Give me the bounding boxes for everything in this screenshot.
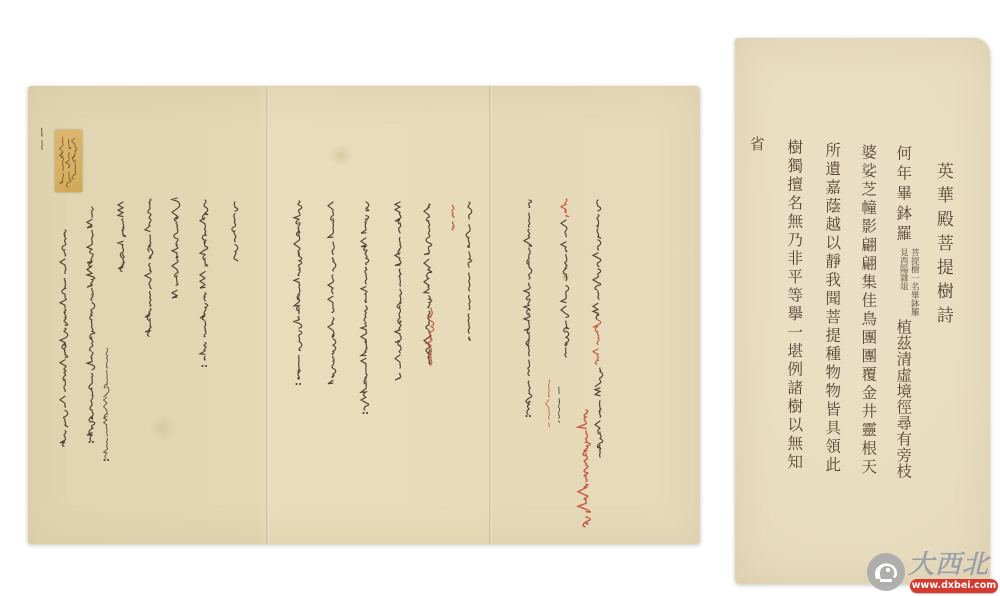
manchu-column: [101, 346, 111, 464]
poem-line-rest: 植茲清虛境徑尋有旁枝: [894, 319, 912, 479]
note-line-2: 見酉陽雜俎: [897, 248, 908, 316]
watermark-site-url: www.dxbei.com: [910, 579, 998, 593]
manchu-column: [519, 198, 537, 420]
note-line-1: 菩提樹一名畢鉢羅: [908, 248, 919, 316]
manchu-column: [356, 200, 374, 417]
manchu-column: [82, 205, 100, 446]
manchu-column: [556, 218, 574, 368]
foxing-stain: [562, 272, 569, 281]
manchu-column-red-correction: [421, 306, 439, 376]
poem-column-4: 樹獨擅名無乃非平等擧一堪例諸樹以無知: [786, 139, 802, 472]
photo-canvas: 英華殿菩提樹詩 何年畢鉢羅菩提樹一名畢鉢羅見酉陽雜俎植茲清虛境徑尋有旁枝 婆娑芝…: [0, 0, 1000, 596]
manchu-column: [113, 200, 131, 278]
manchu-column: [140, 197, 158, 342]
poem-line-lead: 何年畢鉢羅: [894, 145, 912, 245]
manchu-column-red-correction: [443, 203, 461, 241]
fold-crease-left: [266, 86, 269, 544]
manchu-column: [167, 196, 185, 308]
manchu-column: [323, 200, 341, 394]
poem-column-5: 省: [748, 136, 764, 151]
poem-column-2: 婆娑芝幢影翩翩集佳鳥團團覆金井靈根天: [860, 144, 876, 477]
corner-inscription: [36, 124, 48, 154]
slip-inscription-strokes: [55, 130, 82, 192]
manchu-column: [459, 200, 477, 349]
interlinear-note: 菩提樹一名畢鉢羅見酉陽雜俎: [897, 248, 919, 316]
dxbei-logo-icon: [866, 552, 906, 592]
manchu-column-red-correction: [588, 318, 606, 371]
manchu-column: [419, 202, 437, 377]
foxing-stain: [328, 146, 354, 164]
corner-inscription-strokes: [36, 124, 48, 154]
manchu-column: [588, 198, 606, 328]
poem-column-3: 所遺嘉蔭越以靜我聞菩提種物物皆具領此: [824, 142, 840, 475]
yellow-title-slip: [55, 130, 82, 192]
manchu-column: [390, 200, 408, 389]
manchu-column: [590, 366, 608, 468]
manchu-column-red-correction: [556, 197, 574, 227]
poem-title-column: 英華殿菩提樹詩: [933, 162, 951, 330]
manchu-letter-sheet: [28, 86, 700, 544]
manchu-column: [225, 200, 243, 274]
manchu-column-red-correction: [576, 408, 594, 533]
poem-column-1: 何年畢鉢羅菩提樹一名畢鉢羅見酉陽雜俎植茲清虛境徑尋有旁枝: [895, 145, 919, 479]
manchu-column: [195, 198, 213, 370]
watermark-site-name: 大西北: [908, 550, 989, 580]
fold-crease-right: [489, 86, 492, 544]
manchu-column-red-correction: [543, 378, 553, 438]
manchu-column: [55, 228, 73, 453]
foxing-stain: [148, 416, 178, 440]
manchu-column: [289, 199, 307, 388]
site-watermark: 大西北 www.dxbei.com: [866, 550, 998, 594]
manchu-column: [553, 385, 563, 433]
